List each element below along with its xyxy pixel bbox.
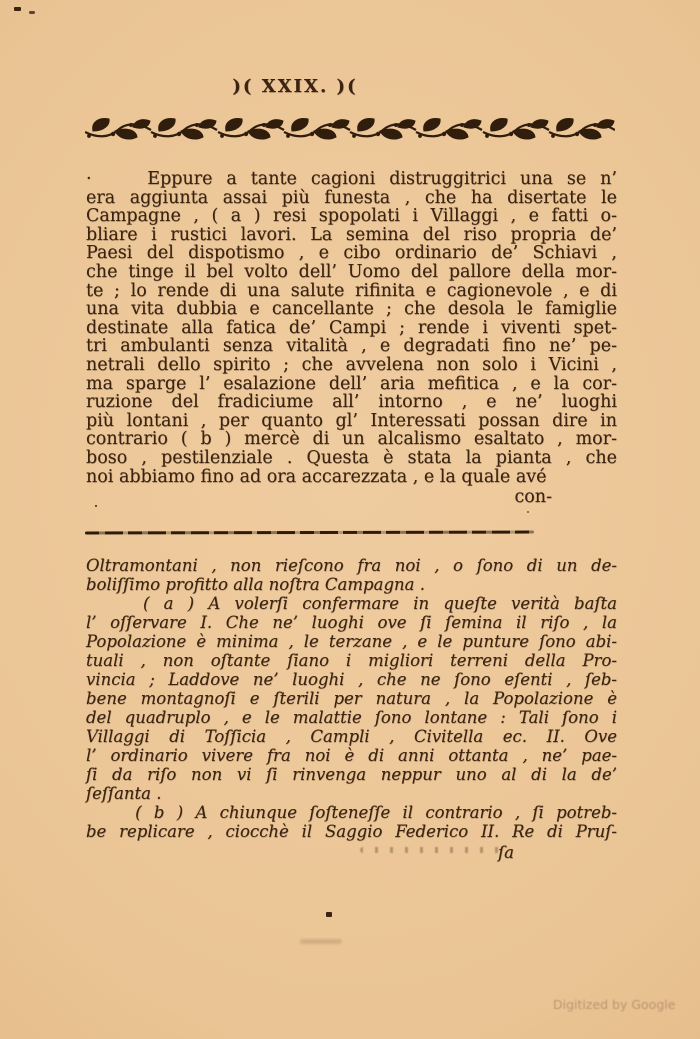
text-line: Oltramontani , non rieſcono fra noi , o … (86, 556, 617, 575)
book-page: )( XXIX. )( · Eppure a tante cagioni dis… (0, 0, 700, 1039)
text-line: Popolazione è minima , le terzane , e le… (86, 632, 617, 651)
text-line: vincia ; Laddove ne’ luoghi , che ne ſon… (86, 670, 617, 689)
ink-speck (95, 505, 97, 507)
text-line: netrali dello spirito ; che avvelena non… (86, 356, 617, 375)
ink-speck (29, 11, 35, 14)
ink-smudge (300, 939, 342, 944)
text-line: contrario ( b ) mercè di un alcalismo es… (86, 430, 617, 449)
digitization-watermark: Digitized by Google (553, 997, 693, 1012)
text-line: l’ ordinario vivere fra noi è di anni ot… (86, 746, 617, 765)
text-line: destinate alla fatica de’ Campi ; rende … (86, 319, 617, 338)
text-line: era aggiunta assai più funesta , che ha … (86, 189, 617, 208)
text-line: boso , pestilenziale . Questa è stata la… (86, 449, 617, 468)
page-number: )( XXIX. )( (85, 76, 505, 97)
text-line: ( a ) A volerſi confermare in queſte ver… (86, 594, 617, 613)
main-text-block: · Eppure a tante cagioni distruggitrici … (86, 170, 617, 507)
text-line: Paesi del dispotismo , e cibo ordinario … (86, 244, 617, 263)
text-line: bliare i rustici lavori. La semina del r… (86, 226, 617, 245)
text-line: ſi da riſo non vi ſi rinvenga neppur uno… (86, 765, 617, 784)
text-line: Campagne , ( a ) resi spopolati i Villag… (86, 207, 617, 226)
text-line: boliſſimo profitto alla noſtra Campagna … (86, 575, 617, 594)
text-line: te ; lo rende di una salute rifinita e c… (86, 282, 617, 301)
footnote-separator-rule (85, 531, 534, 535)
text-line: più lontani , per quanto gl’ Interessati… (86, 412, 617, 431)
text-line: ſeſſanta . (86, 784, 617, 803)
text-line: be replicare , ciocchè il Saggio Federic… (86, 822, 617, 841)
main-catchword: con- (86, 488, 617, 507)
ink-speck (326, 912, 332, 917)
fleuron-border-icon (85, 114, 615, 148)
text-line: ma sparge l’ esalazione dell’ aria mefit… (86, 375, 617, 394)
text-line: Villaggi di Toſſicia , Campli , Civitell… (86, 727, 617, 746)
main-text-lines: · Eppure a tante cagioni distruggitrici … (86, 170, 617, 486)
text-line: tri ambulanti senza vitalità , e degrada… (86, 337, 617, 356)
footnote-catchword: ſa (86, 843, 617, 862)
ink-speck (527, 511, 529, 513)
footnote-lines: Oltramontani , non rieſcono fra noi , o … (86, 556, 617, 841)
text-line: tuali , non oſtante ſiano i migliori ter… (86, 651, 617, 670)
text-line: ruzione del fradiciume all’ intorno , e … (86, 393, 617, 412)
ink-speck (14, 7, 21, 11)
footnote-block: Oltramontani , non rieſcono fra noi , o … (86, 556, 617, 862)
text-line: che tinge il bel volto dell’ Uomo del pa… (86, 263, 617, 282)
text-line: del quadruplo , e le malattie ſono lonta… (86, 708, 617, 727)
text-line: noi abbiamo fino ad ora accarezzata , e … (86, 468, 617, 487)
text-line: bene montagnoſi e ſterili per natura , l… (86, 689, 617, 708)
text-line: · Eppure a tante cagioni distruggitrici … (86, 170, 617, 189)
text-line: ( b ) A chiunque ſoſteneſſe il contrario… (86, 803, 617, 822)
text-line: una vita dubbia e cancellante ; che deso… (86, 300, 617, 319)
text-line: l’ oſſervare I. Che ne’ luoghi ove ſi ſe… (86, 613, 617, 632)
